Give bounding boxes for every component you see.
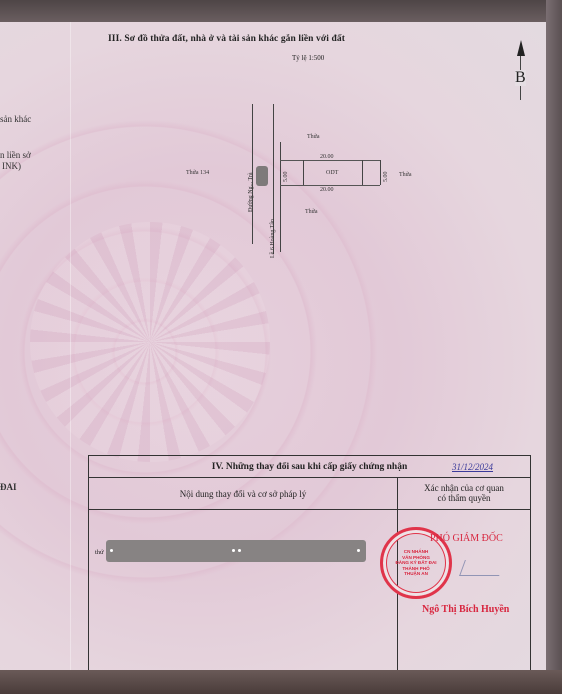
redaction-dot xyxy=(110,549,113,552)
change-content-cell xyxy=(89,510,398,678)
dimension-top: 20.00 xyxy=(320,154,334,160)
confirm-header-line: có thẩm quyền xyxy=(402,494,526,503)
column-header-confirm: Xác nhận của cơ quan có thẩm quyền xyxy=(398,478,531,510)
redaction-dot xyxy=(232,549,235,552)
neighbor-label-top: Thửa xyxy=(307,134,320,140)
dimension-width-left: 5.00 xyxy=(283,172,289,183)
left-page-fragment: ĐAI xyxy=(0,482,17,492)
north-arrow-icon: B xyxy=(513,40,529,100)
road-edge-line xyxy=(280,142,281,252)
road-label: Đường Ng... Trà xyxy=(248,172,254,212)
signer-name: Ngô Thị Bích Huyền xyxy=(422,604,509,615)
neighbor-label-bottom: Thửa xyxy=(305,209,318,215)
road-label: Lề 6 Hoàng Tân xyxy=(270,219,276,258)
lot-boundary-side xyxy=(362,160,363,185)
redaction-dot xyxy=(357,549,360,552)
left-page-fragment: sản khác xyxy=(0,114,31,124)
lot-boundary-side xyxy=(303,160,304,185)
left-page-fragment: INK) xyxy=(2,161,21,171)
lot-boundary-bottom xyxy=(280,185,380,186)
north-label: B xyxy=(515,70,526,86)
column-header-content: Nội dung thay đổi và cơ sở pháp lý xyxy=(89,478,398,510)
seal-text: CN NHÁNH VĂN PHÒNG ĐĂNG KÝ ĐẤT ĐAI THÀNH… xyxy=(395,549,436,577)
dimension-bottom: 20.00 xyxy=(320,187,334,193)
neighbor-label-left: Thửa 134 xyxy=(186,170,209,176)
dimension-width-right: 5.00 xyxy=(383,172,389,183)
map-scale: Tỷ lệ 1:500 xyxy=(292,54,324,62)
lot-boundary-side xyxy=(380,160,381,185)
land-type-code: ODT xyxy=(326,170,338,176)
photo-background-top xyxy=(0,0,562,22)
row-prefix-text: thứ xyxy=(95,549,104,556)
page-fold-line xyxy=(70,22,71,670)
signer-title: PHÓ GIÁM ĐỐC xyxy=(430,533,503,544)
photo-background-right xyxy=(546,0,562,694)
neighbor-label-right: Thửa xyxy=(399,172,412,178)
section3-title: III. Sơ đồ thửa đất, nhà ở và tài sản kh… xyxy=(108,34,345,44)
signature-mark xyxy=(459,560,505,576)
redacted-road-name xyxy=(256,166,268,186)
left-page-fragment: n liền sở xyxy=(0,150,31,160)
handwritten-date: 31/12/2024 xyxy=(452,462,493,472)
certificate-page: III. Sơ đồ thửa đất, nhà ở và tài sản kh… xyxy=(0,22,546,670)
redacted-change-content xyxy=(106,540,366,562)
lot-boundary-top xyxy=(280,160,380,161)
redaction-dot xyxy=(238,549,241,552)
watermark-rosette xyxy=(30,222,270,462)
photo-background-bottom xyxy=(0,670,562,694)
